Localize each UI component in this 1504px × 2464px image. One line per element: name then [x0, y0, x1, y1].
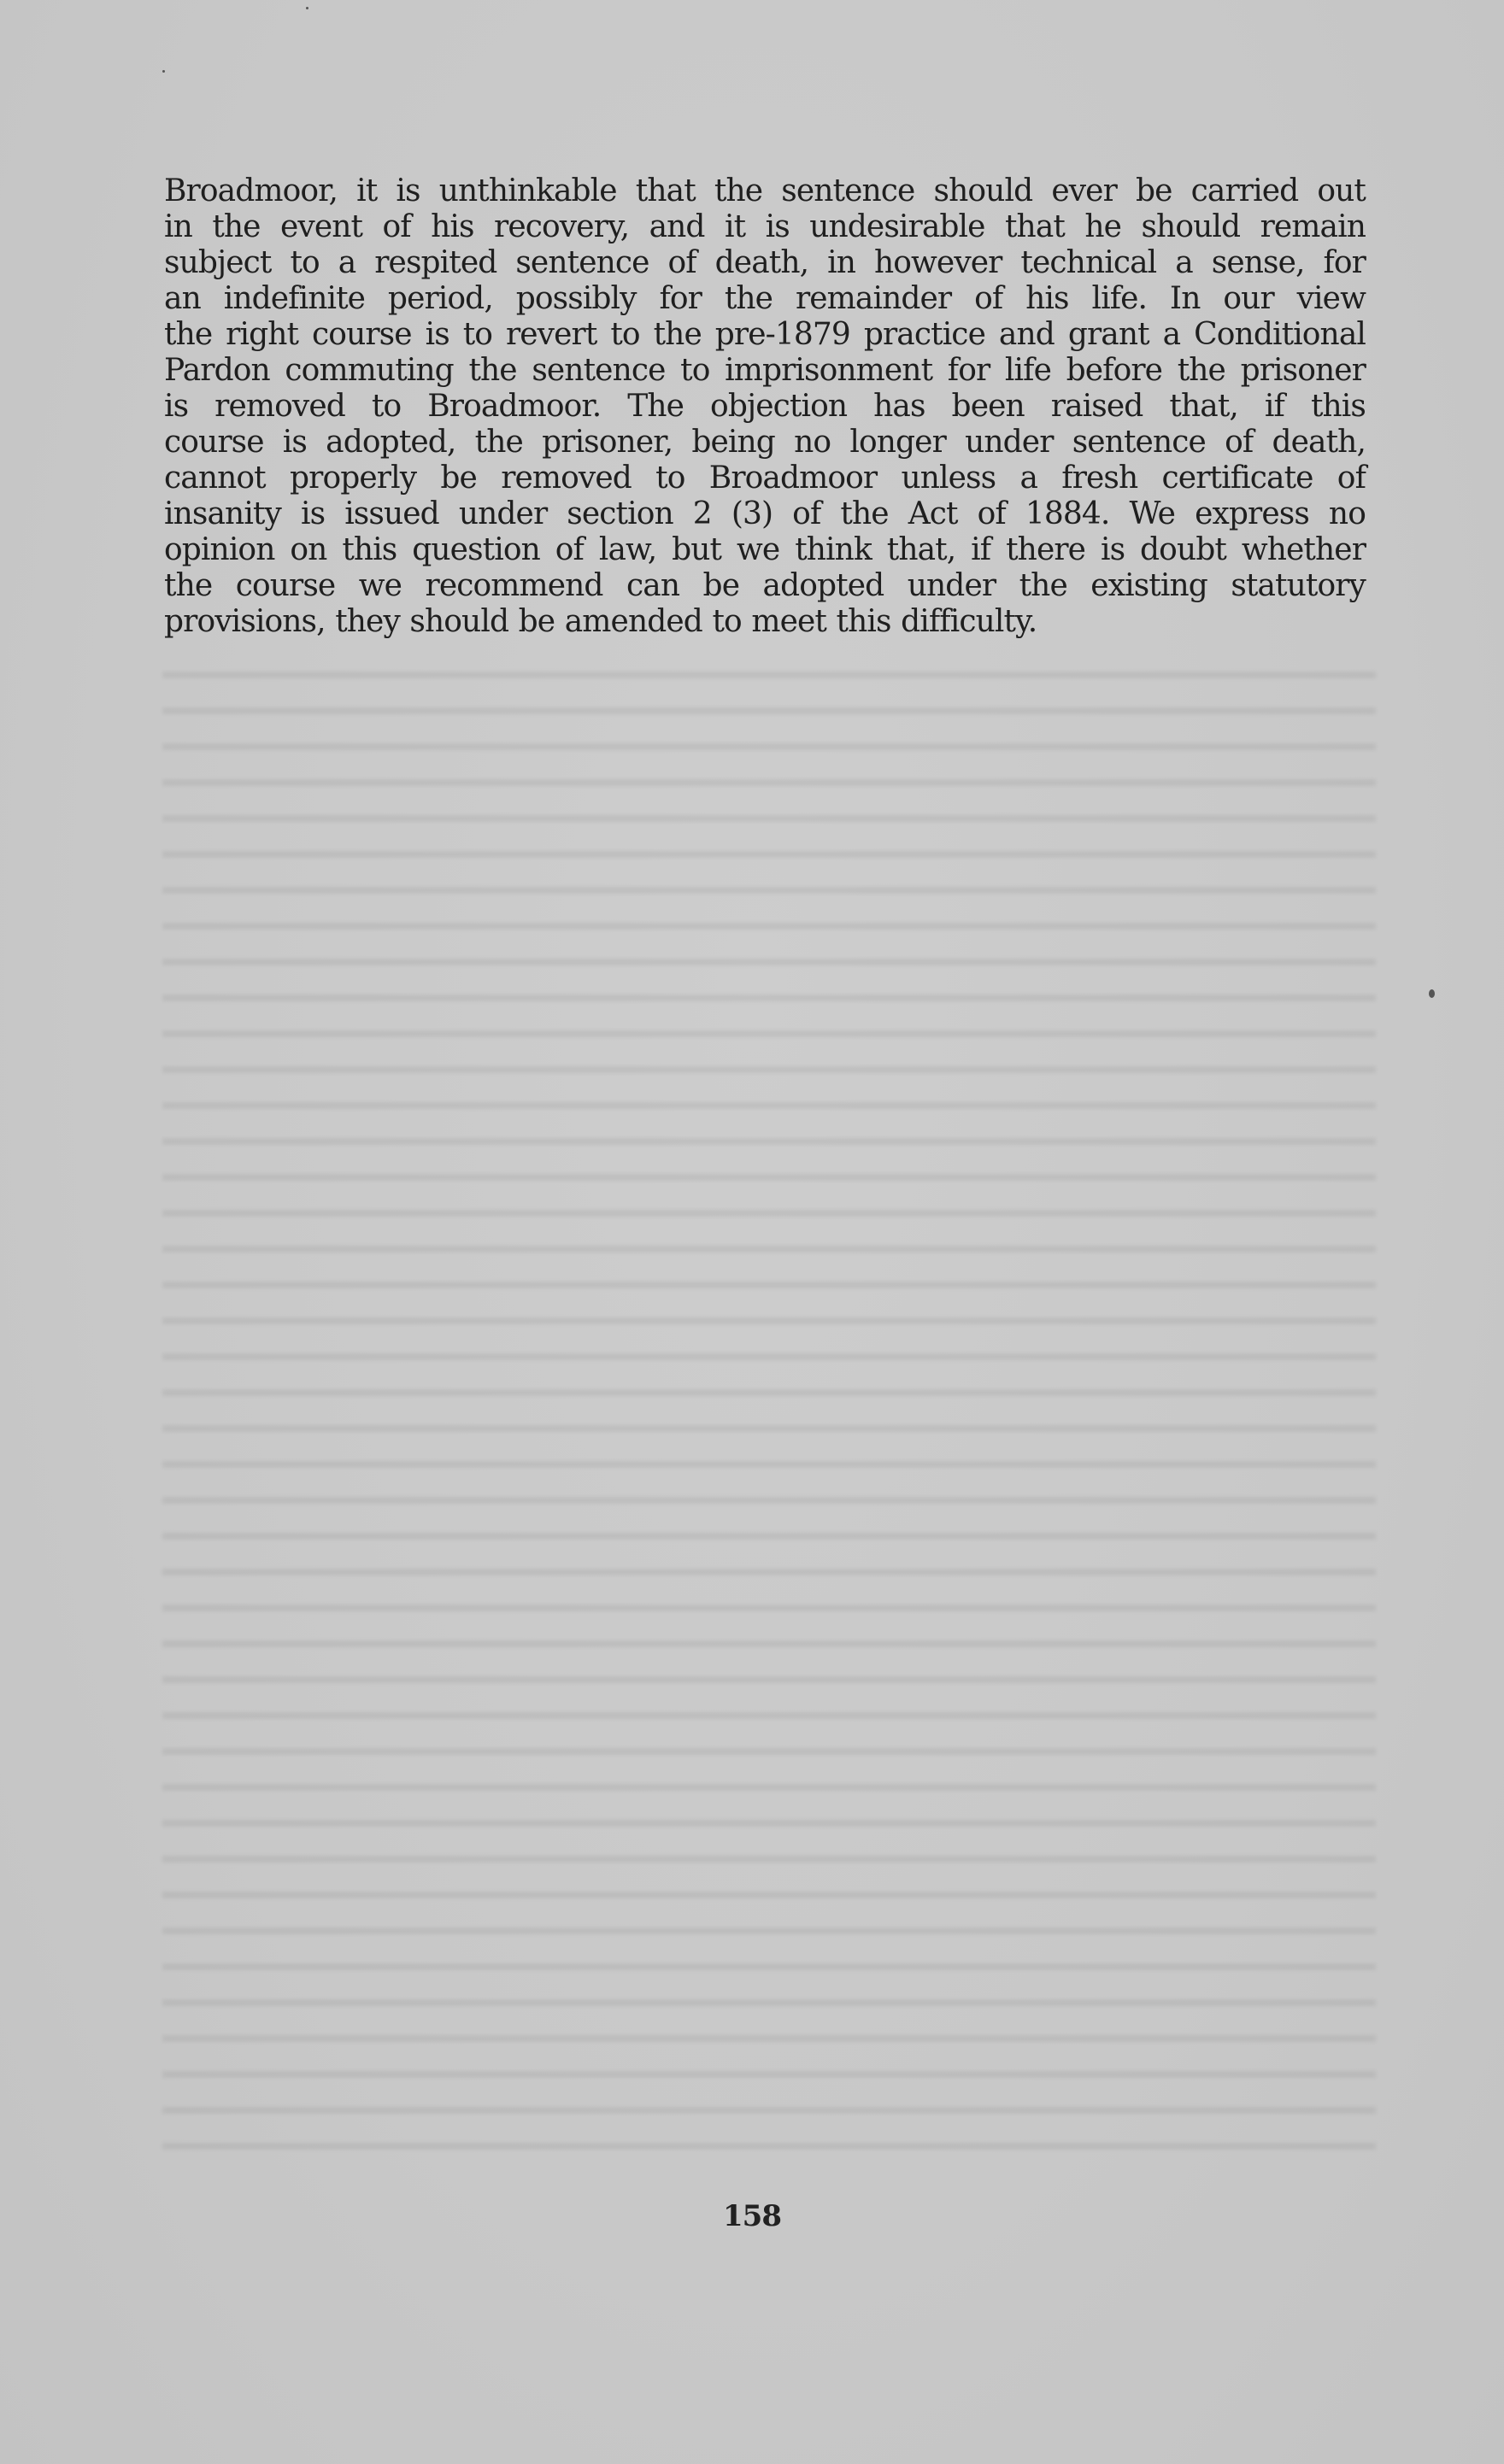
paragraph-line: opinion on this question of law, but we … — [164, 532, 1366, 568]
document-page: Broadmoor, it is unthinkable that the se… — [0, 0, 1504, 2464]
paper-speck — [306, 7, 308, 9]
bleed-through-texture — [162, 649, 1376, 2170]
paragraph-line: Broadmoor, it is unthinkable that the se… — [164, 173, 1366, 209]
paragraph-line: insanity is issued under section 2 (3) o… — [164, 496, 1366, 532]
body-paragraph: Broadmoor, it is unthinkable that the se… — [164, 173, 1366, 640]
paragraph-line: course is adopted, the prisoner, being n… — [164, 425, 1366, 461]
paragraph-line: the right course is to revert to the pre… — [164, 317, 1366, 353]
paragraph-line: subject to a respited sentence of death,… — [164, 245, 1366, 281]
paragraph-line: in the event of his recovery, and it is … — [164, 209, 1366, 245]
paragraph-line: cannot properly be removed to Broadmoor … — [164, 461, 1366, 496]
paragraph-line: provisions, they should be amended to me… — [164, 604, 1366, 640]
paper-speck — [162, 70, 165, 73]
page-number: 158 — [0, 2199, 1504, 2233]
paragraph-line: the course we recommend can be adopted u… — [164, 568, 1366, 604]
paragraph-line: an indefinite period, possibly for the r… — [164, 281, 1366, 317]
paper-speck — [1429, 989, 1435, 998]
paragraph-line: Pardon commuting the sentence to impriso… — [164, 353, 1366, 389]
paragraph-line: is removed to Broadmoor. The objection h… — [164, 389, 1366, 425]
